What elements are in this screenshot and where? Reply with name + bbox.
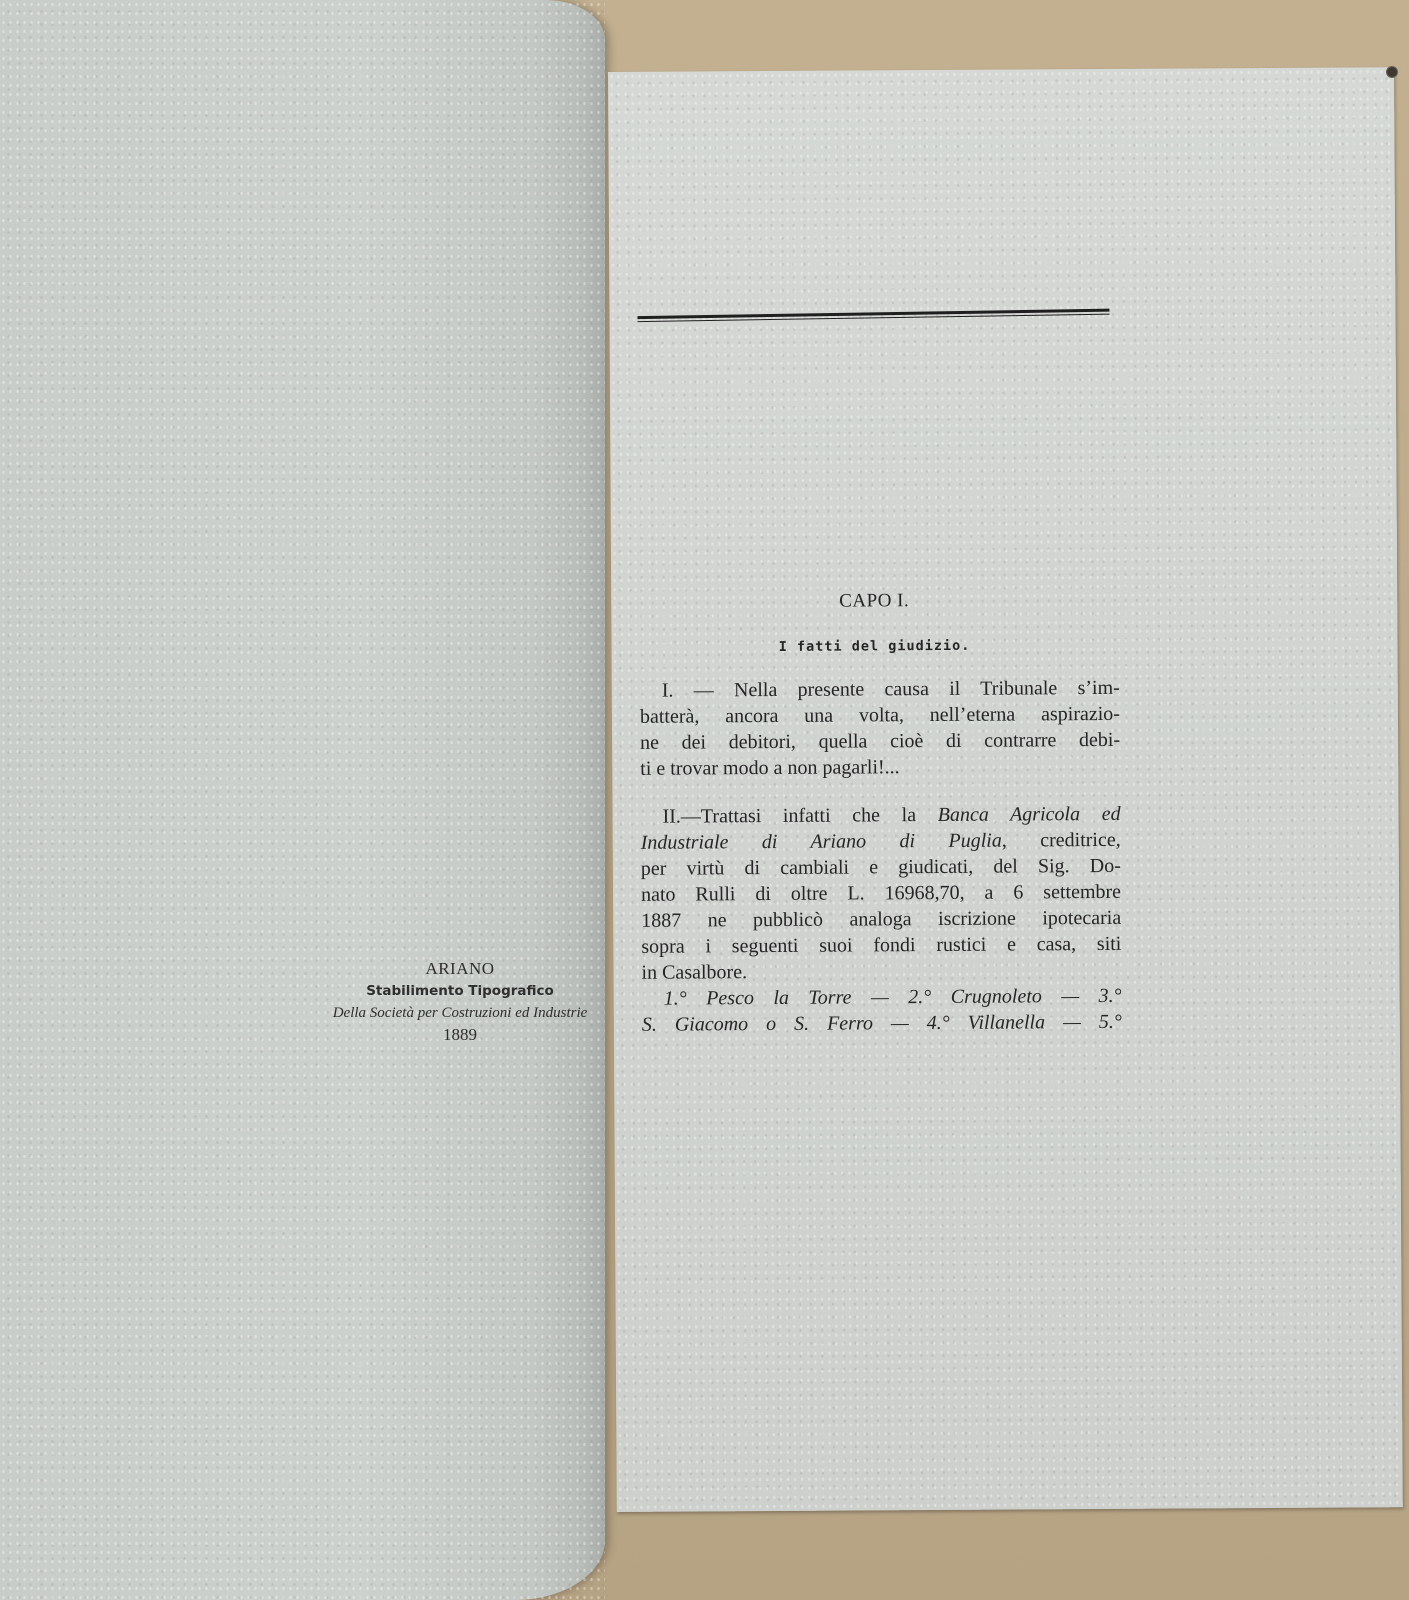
- imprint-city: ARIANO: [310, 958, 610, 980]
- printer-imprint: ARIANO Stabilimento Tipografico Della So…: [310, 958, 610, 1046]
- text-line: I. — Nella presente causa il Tribunale s…: [640, 675, 1120, 704]
- left-page: ARIANO Stabilimento Tipografico Della So…: [0, 0, 605, 1600]
- paragraph-2: II.—Trattasi infatti che la Banca Agrico…: [640, 801, 1121, 1038]
- chapter-body: CAPO I. I fatti del giudizio. I. — Nella…: [639, 589, 1122, 1038]
- property-list-line: 1.° Pesco la Torre — 2.° Crugnoleto — 3.…: [642, 983, 1122, 1012]
- property-list-line: S. Giacomo o S. Ferro — 4.° Villanella —…: [642, 1009, 1122, 1038]
- chapter-title: CAPO I.: [629, 589, 1119, 614]
- right-page: CAPO I. I fatti del giudizio. I. — Nella…: [608, 67, 1403, 1512]
- text-run: , creditrice,: [1002, 829, 1121, 852]
- imprint-year: 1889: [310, 1024, 610, 1046]
- text-line: per virtù di cambiali e giudicati, del S…: [641, 853, 1121, 882]
- pushpin-icon: [1386, 66, 1398, 78]
- text-line: nato Rulli di oltre L. 16968,70, a 6 set…: [641, 879, 1121, 908]
- text-line: Industriale di Ariano di Puglia, creditr…: [641, 827, 1121, 856]
- text-line: 1887 ne pubblicò analoga iscrizione ipot…: [641, 905, 1121, 934]
- paragraph-1: I. — Nella presente causa il Tribunale s…: [640, 675, 1121, 782]
- paper-texture: [0, 0, 605, 1600]
- bank-name-italic: Industriale di Ariano di Puglia: [641, 830, 1002, 854]
- chapter-subtitle: I fatti del giudizio.: [629, 637, 1119, 656]
- double-rule-divider: [637, 309, 1109, 322]
- imprint-printer: Stabilimento Tipografico: [310, 980, 610, 1002]
- text-line: sopra i seguenti suoi fondi rustici e ca…: [641, 931, 1121, 960]
- text-line: ne dei debitori, quella cioè di contrarr…: [640, 727, 1120, 756]
- text-line: ti e trovar modo a non pagarli!...: [640, 753, 1120, 782]
- text-line: II.—Trattasi infatti che la Banca Agrico…: [640, 801, 1120, 830]
- bank-name-italic: Banca Agricola ed: [938, 803, 1121, 826]
- imprint-society: Della Società per Costruzioni ed Industr…: [310, 1002, 610, 1024]
- text-run: II.—Trattasi infatti che la: [662, 804, 937, 828]
- text-line: batterà, ancora una volta, nell’eterna a…: [640, 701, 1120, 730]
- text-line: in Casalbore.: [641, 957, 1121, 986]
